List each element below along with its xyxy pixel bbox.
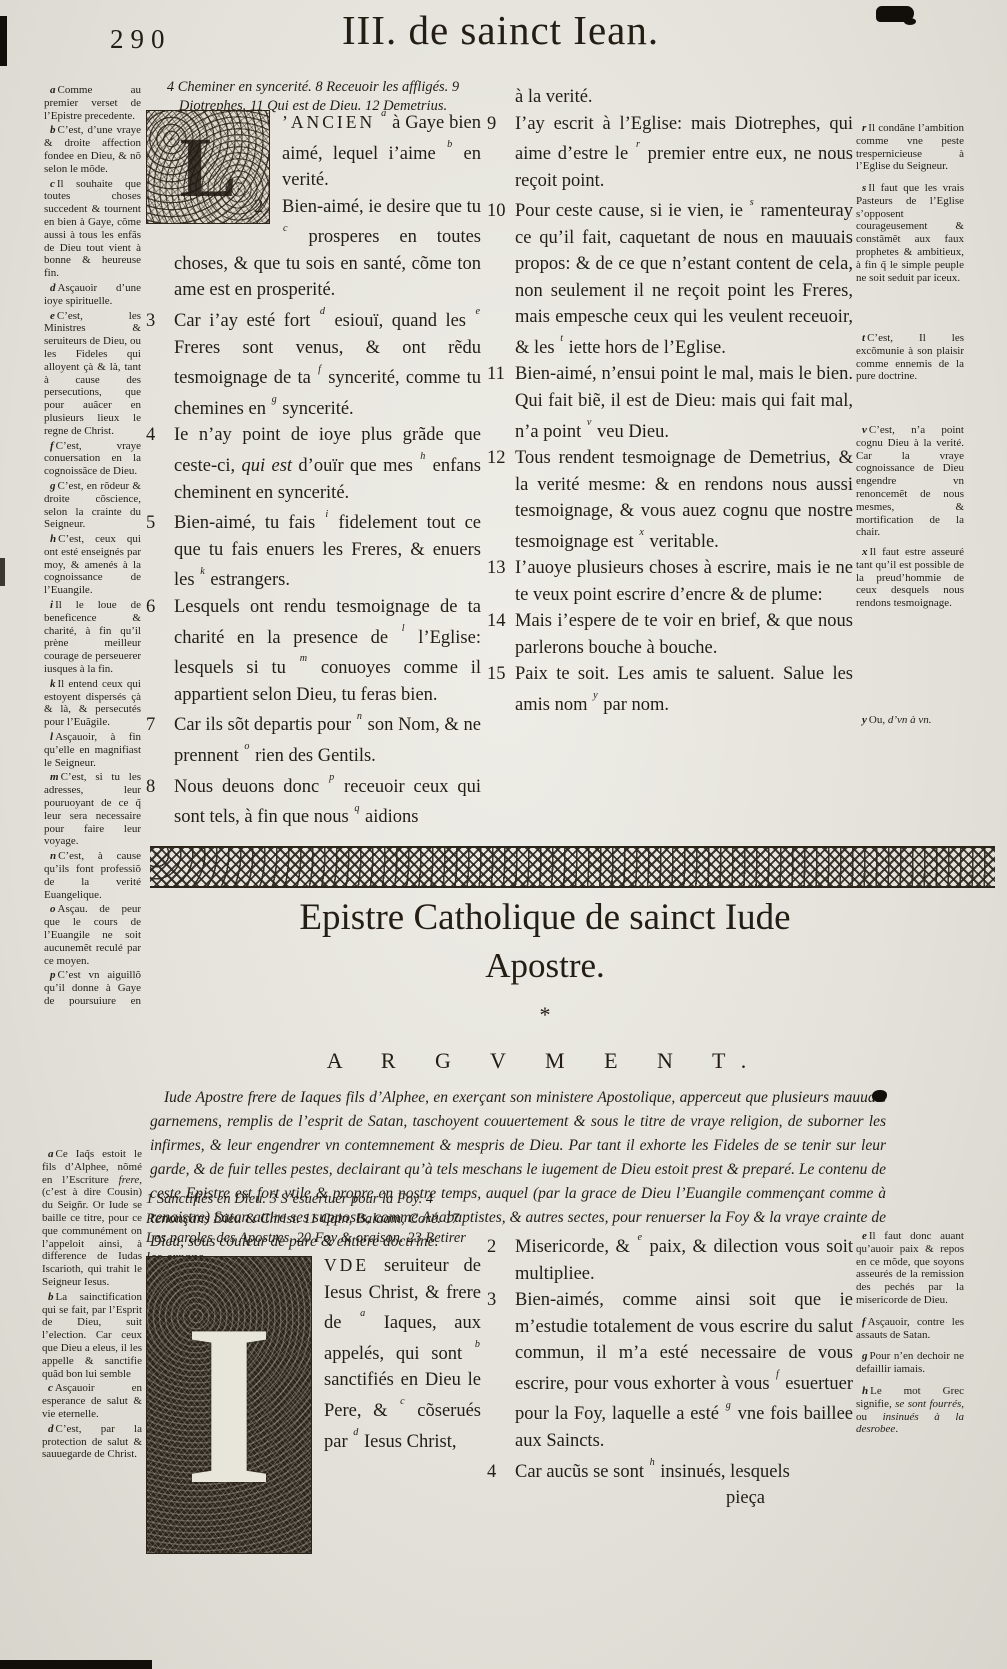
scan-edge-mark: [0, 1660, 152, 1669]
note-text: Il souhaite que toutes choses succedent …: [44, 178, 141, 280]
margin-note: hLe mot Grec signifie, se sont fourrés, …: [856, 1385, 964, 1436]
verse: 9I’ay escrit à l’Eglise: mais Diotrephes…: [487, 111, 853, 195]
verse-opening-smallcaps: VDE: [324, 1255, 369, 1275]
note-text: Pour n’en dechoir ne defaillir iamais.: [856, 1350, 964, 1375]
verse-text: I’ay escrit à l’Eglise: mais Diotrephes,…: [515, 114, 853, 191]
verse: 8Nous deuons donc p receuoir ceux qui so…: [146, 770, 481, 831]
verse: 12Tous rendent tesmoignage de Demetrius,…: [487, 445, 853, 555]
verse: 5Bien-aimé, tu fais i fidelement tout ce…: [146, 506, 481, 594]
note-letter: l: [50, 731, 53, 743]
margin-note: nC’est, à cause qu’ils font professiõ de…: [44, 850, 141, 901]
jude-verse-1-block: I VDE seruiteur de Iesus Christ, & frere…: [146, 1252, 481, 1556]
note-letter: a: [48, 1148, 54, 1160]
verse-number: 10: [487, 198, 515, 225]
main-column-right: à la verité. 9I’ay escrit à l’Eglise: ma…: [487, 84, 853, 718]
note-letter: g: [862, 1350, 868, 1362]
jude-heading: Epistre Catholique de sainct Iude Apostr…: [180, 894, 910, 1028]
dropcap-L-ornament: L: [146, 110, 270, 224]
page-number: 290: [110, 24, 172, 55]
verse-text: Lesquels ont rendu tesmoignage de ta cha…: [174, 597, 481, 705]
verse-number: 4: [487, 1459, 515, 1486]
note-letter: h: [50, 533, 56, 545]
note-text: Il condãne l’ambition comme vne peste tr…: [856, 122, 964, 172]
note-letter: h: [862, 1385, 868, 1397]
verse-number: 7: [146, 712, 174, 739]
verse: 14Mais i’espere de te voir en brief, & q…: [487, 608, 853, 661]
verse-text: Misericorde, & e paix, & dilection vous …: [515, 1237, 853, 1284]
verse-text: seruiteur de Iesus Christ, & frere de a …: [324, 1256, 481, 1452]
note-text: La sainctification qui se fait, par l’Es…: [42, 1291, 142, 1380]
margin-note: sIl faut que les vrais Pasteurs de l’Egl…: [856, 182, 964, 284]
margin-note: aComme au premier verset de l’Epistre pr…: [44, 84, 141, 122]
verse-text: Pour ceste cause, si ie vien, ie s ramen…: [515, 201, 853, 358]
note-text: C’est vn aiguillõ qu’il donne à Gaye de …: [44, 969, 141, 1006]
verse-text: Tous rendent tesmoignage de Demetrius, &…: [515, 448, 853, 552]
catchword: pieça: [487, 1485, 853, 1512]
margin-note: rIl condãne l’ambition comme vne peste t…: [856, 122, 964, 173]
verse-text: Car ils sõt departis pour n son Nom, & n…: [174, 715, 481, 766]
note-letter: f: [862, 1316, 866, 1328]
note-letter: y: [862, 714, 867, 726]
note-text: C’est, les Ministres & seruiteurs de Die…: [44, 310, 141, 437]
verse: 6Lesquels ont rendu tesmoignage de ta ch…: [146, 594, 481, 708]
note-text: Il faut donc auant qu’auoir paix & repos…: [856, 1230, 964, 1306]
note-text: Ou, d’vn à vn.: [869, 714, 932, 726]
margin-note: fC’est, vraye conuersation en la cognois…: [44, 440, 141, 478]
note-letter: g: [50, 480, 56, 492]
note-text: Il faut que les vrais Pasteurs de l’Egli…: [856, 182, 964, 284]
margin-note: tC’est, Il les excõmunie à son plaisir c…: [856, 332, 964, 383]
margin-note: eC’est, les Ministres & seruiteurs de Di…: [44, 310, 141, 438]
note-letter: x: [862, 546, 868, 558]
note-text: Asçau. de peur que le cours de l’Euangil…: [44, 903, 141, 966]
note-text: Asçauoir, à fin qu’elle en magnifiast le…: [44, 731, 141, 769]
verse-number: 5: [146, 510, 174, 537]
margin-note: iIl le loue de beneficence & charité, à …: [44, 599, 141, 676]
verse-text: Car i’ay esté fort d esiouï, quand les e…: [174, 311, 481, 419]
note-letter: t: [862, 332, 865, 344]
margin-note: xIl faut estre asseuré tant qu’il est po…: [856, 546, 964, 610]
verse: 4Ie n’ay point de ioye plus grãde que ce…: [146, 422, 481, 506]
verse-text: I’auoye plusieurs choses à escrire, mais…: [515, 558, 853, 605]
note-letter: b: [48, 1291, 54, 1303]
verse-number: 14: [487, 608, 515, 635]
note-text: Le mot Grec signifie, se sont fourrés, o…: [856, 1385, 964, 1435]
verses-3john-left: 2Bien-aimé, ie desire que tu c prosperes…: [146, 194, 481, 831]
note-text: Il faut estre asseuré tant qu’il est pos…: [856, 546, 964, 609]
right-margin-notes: rIl condãne l’ambition comme vne peste t…: [856, 84, 964, 804]
main-column-left: L ’ANCIEN a à Gaye bien aimé, lequel i’a…: [146, 106, 481, 831]
verse-text: Nous deuons donc p receuoir ceux qui son…: [174, 777, 481, 828]
note-letter: r: [862, 122, 866, 134]
section-title-line1: Epistre Catholique de sainct Iude: [180, 894, 910, 942]
verse: 11Bien-aimé, n’ensui point le mal, mais …: [487, 361, 853, 445]
verse-number: 6: [146, 594, 174, 621]
note-letter: m: [50, 771, 59, 783]
note-letter: d: [50, 282, 56, 294]
note-text: C’est, à cause qu’ils font professiõ de …: [44, 850, 141, 900]
margin-note: dAsçauoir d’une ioye spirituelle.: [44, 282, 141, 308]
dropcap-I-ornament: I: [146, 1256, 312, 1554]
jude-column-right: 2Misericorde, & e paix, & dilection vous…: [487, 1230, 853, 1512]
margin-note: bC’est, d’une vraye & droite affection f…: [44, 124, 141, 175]
note-text: Comme au premier verset de l’Epistre pre…: [44, 84, 141, 122]
verse: 3Car i’ay esté fort d esiouï, quand les …: [146, 304, 481, 422]
verses-jude-right: 2Misericorde, & e paix, & dilection vous…: [487, 1230, 853, 1485]
note-letter: n: [50, 850, 56, 862]
margin-note: eIl faut donc auant qu’auoir paix & repo…: [856, 1230, 964, 1307]
verse: 13I’auoye plusieurs choses à escrire, ma…: [487, 555, 853, 608]
verse-opening-smallcaps: ’ANCIEN: [282, 112, 375, 132]
section-title-line2: Apostre.: [180, 944, 910, 988]
note-text: C’est, ceux qui ont esté enseignés par m…: [44, 533, 141, 596]
running-title: III. de sainct Iean.: [342, 6, 659, 54]
note-letter: o: [50, 903, 56, 915]
margin-note: pC’est vn aiguillõ qu’il donne à Gaye de…: [44, 969, 141, 1006]
verse-text: Paix te soit. Les amis te saluent. Salue…: [515, 664, 853, 715]
margin-note: lAsçauoir, à fin qu’elle en magnifiast l…: [44, 731, 141, 769]
ornament-band: [150, 846, 995, 888]
margin-note: oAsçau. de peur que le cours de l’Euangi…: [44, 903, 141, 967]
margin-note: vC’est, n’a point cognu Dieu à la verité…: [856, 424, 964, 539]
note-letter: s: [862, 182, 866, 194]
left-margin-notes: aComme au premier verset de l’Epistre pr…: [44, 84, 141, 1006]
verse-number: 9: [487, 111, 515, 138]
argument-heading: A R G V M E N T.: [180, 1048, 910, 1074]
note-text: C’est, vraye conuersation en la cognoiss…: [44, 440, 141, 478]
margin-note: fAsçauoir, contre les assauts de Satan.: [856, 1316, 964, 1342]
verse-number: 8: [146, 774, 174, 801]
verse-number: 4: [146, 422, 174, 449]
note-text: C’est, en rõdeur & droite cõscience, sel…: [44, 480, 141, 530]
margin-note: mC’est, si tu les adresses, leur pouruoy…: [44, 771, 141, 848]
scanned-book-page: 290 III. de sainct Iean. 4 Cheminer en s…: [0, 0, 1007, 1669]
note-letter: a: [50, 84, 56, 96]
note-text: Asçauoir d’une ioye spirituelle.: [44, 282, 141, 307]
note-letter: c: [48, 1382, 53, 1394]
margin-note: gPour n’en dechoir ne defaillir iamais.: [856, 1350, 964, 1376]
jude-left-margin-notes: aCe Iaq̃s estoit le fils d’Alphee, nõmé …: [42, 1148, 142, 1568]
verses-3john-right: 9I’ay escrit à l’Eglise: mais Diotrephes…: [487, 111, 853, 719]
margin-note: hC’est, ceux qui ont esté enseignés par …: [44, 533, 141, 597]
verse-number: 3: [487, 1287, 515, 1314]
verse: 15Paix te soit. Les amis te saluent. Sal…: [487, 661, 853, 718]
verse: 10Pour ceste cause, si ie vien, ie s ram…: [487, 194, 853, 361]
margin-note: gC’est, en rõdeur & droite cõscience, se…: [44, 480, 141, 531]
margin-note: dC’est, par la protection de salut & sau…: [42, 1423, 142, 1461]
note-text: C’est, d’une vraye & droite affection fo…: [44, 124, 141, 174]
note-letter: p: [50, 969, 56, 981]
verse-number: 3: [146, 308, 174, 335]
verse: 4Car aucũs se sont h insinués, lesquels: [487, 1454, 853, 1485]
verse-text: Bien-aimés, comme ainsi soit que ie m’es…: [515, 1290, 853, 1451]
note-letter: c: [50, 178, 55, 190]
carryover-line: à la verité.: [487, 84, 853, 111]
verse-number: 2: [254, 194, 282, 221]
verse-text: Bien-aimé, tu fais i fidelement tout ce …: [174, 513, 481, 590]
verse-number: 2: [487, 1234, 515, 1261]
margin-note: cAsçauoir en esperance de salut & vie et…: [42, 1382, 142, 1420]
note-letter: v: [862, 424, 867, 436]
scan-edge-mark: [0, 558, 5, 586]
note-text: C’est, par la protection de salut & sauu…: [42, 1423, 142, 1461]
note-text: C’est, n’a point cognu Dieu à la verité.…: [856, 424, 964, 538]
scan-edge-mark: [0, 16, 7, 66]
note-text: Asçauoir, contre les assauts de Satan.: [856, 1316, 964, 1341]
verse-text: Car aucũs se sont h insinués, lesquels: [515, 1462, 790, 1482]
verse-number: 12: [487, 445, 515, 472]
margin-note: kIl entend ceux qui estoyent dispersés ç…: [44, 678, 141, 729]
note-text: C’est, Il les excõmunie à son plaisir co…: [856, 332, 964, 382]
verse: 7Car ils sõt departis pour n son Nom, & …: [146, 708, 481, 769]
note-letter: i: [50, 599, 53, 611]
margin-note: aCe Iaq̃s estoit le fils d’Alphee, nõmé …: [42, 1148, 142, 1289]
note-letter: e: [862, 1230, 867, 1242]
note-letter: f: [50, 440, 54, 452]
jude-right-margin-notes: eIl faut donc auant qu’auoir paix & repo…: [856, 1230, 964, 1560]
ink-blot: [904, 18, 916, 25]
margin-note: cIl souhaite que toutes choses succedent…: [44, 178, 141, 280]
verse-text: Mais i’espere de te voir en brief, & que…: [515, 611, 853, 658]
verse-number: 15: [487, 661, 515, 688]
asterisk-ornament: *: [180, 1002, 910, 1028]
note-text: Il entend ceux qui estoyent dispersés çà…: [44, 678, 141, 728]
note-text: Asçauoir en esperance de salut & vie ete…: [42, 1382, 142, 1420]
note-text: Il le loue de beneficence & charité, à f…: [44, 599, 141, 675]
note-letter: b: [50, 124, 56, 136]
verse-text: Bien-aimé, n’ensui point le mal, mais le…: [515, 364, 853, 441]
margin-note: bLa sainctification qui se fait, par l’E…: [42, 1291, 142, 1381]
note-text: Ce Iaq̃s estoit le fils d’Alphee, nõmé e…: [42, 1148, 142, 1288]
verse: 2Misericorde, & e paix, & dilection vous…: [487, 1230, 853, 1287]
verse: 3Bien-aimés, comme ainsi soit que ie m’e…: [487, 1287, 853, 1454]
note-letter: d: [48, 1423, 54, 1435]
verse-text: Ie n’ay point de ioye plus grãde que ces…: [174, 425, 481, 502]
note-letter: e: [50, 310, 55, 322]
margin-note: yOu, d’vn à vn.: [856, 714, 964, 727]
note-letter: k: [50, 678, 56, 690]
verse-number: 13: [487, 555, 515, 582]
verse-number: 11: [487, 361, 515, 388]
